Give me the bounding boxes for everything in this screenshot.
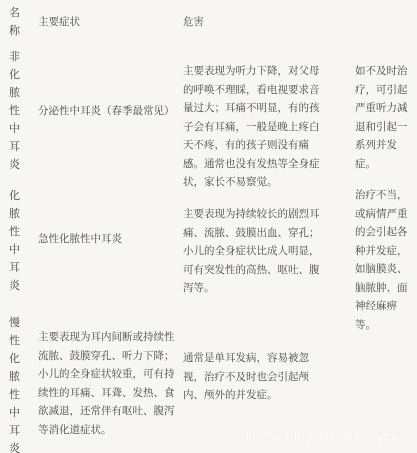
- header-name: 名称: [9, 4, 23, 40]
- row-harm: 主要表现为听力下降，对父母的呼唤不理睬，看电视要求音量过大；耳痛不明显，有的孩子…: [183, 62, 328, 192]
- header-symptoms: 主要症状: [38, 13, 80, 32]
- row-symptoms: 主要表现为耳内间断或持续性流脓、鼓膜穿孔、听力下降；小儿的全身症状较重，可有持续…: [38, 328, 176, 439]
- row-name: 非化脓性中耳炎: [9, 48, 23, 174]
- header-harm: 危害: [183, 13, 328, 32]
- row-harm: 主要表现为持续较长的剧烈耳痛、流脓、鼓膜出血、穿孔；小儿的全身症状比成人明显，可…: [183, 205, 328, 298]
- watermark: 百家号 / 执着的沙漠骆驼vvv: [245, 428, 398, 445]
- row-harm: 通常是单耳发病，容易被忽视，治疗不及时也会引起颅内、颅外的并发症。: [183, 349, 328, 405]
- row-name: 慢性化脓性中耳炎: [9, 314, 23, 453]
- row-extra: 如不及时治疗，可引起严重听力减退和引起一系列并发症。: [355, 62, 417, 173]
- row-extra: 治疗不当，或病情严重的会引起各种并发症，如脑膜炎、脑脓肿、面神经麻痹等。: [355, 186, 417, 334]
- row-name: 化脓性中耳炎: [9, 187, 23, 295]
- row-symptoms: 分泌性中耳炎（春季最常见）: [38, 102, 175, 121]
- row-symptoms: 急性化脓性中耳炎: [38, 230, 122, 249]
